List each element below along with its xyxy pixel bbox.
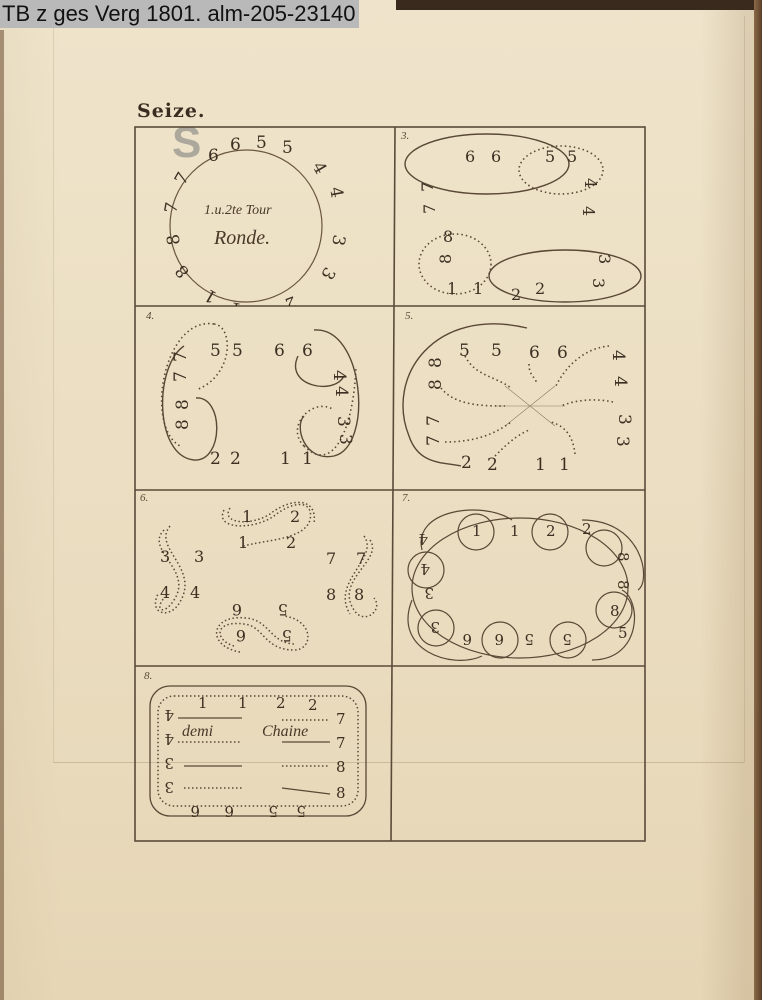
figure-4: 4. 55 66 4 4 3 3 7 7 8	[134, 306, 394, 490]
figure-8-demi-chaine: 8. 11 22 4 4 3 3	[134, 666, 391, 842]
svg-text:2: 2	[286, 533, 296, 552]
svg-text:6: 6	[208, 146, 219, 166]
svg-text:2: 2	[582, 520, 592, 538]
svg-text:8: 8	[336, 784, 346, 802]
svg-text:3: 3	[430, 618, 440, 636]
svg-text:4: 4	[581, 178, 600, 188]
svg-text:1: 1	[473, 279, 483, 298]
page-left-edge	[0, 30, 4, 1000]
figure-tour-ronde: 66 55 4 4 3 3 2 2 1 1 8 8 7 7 1.u.2te To…	[134, 126, 394, 306]
svg-text:6: 6	[462, 630, 472, 648]
svg-text:5: 5	[282, 626, 292, 645]
svg-text:1: 1	[238, 694, 248, 712]
svg-text:8: 8	[614, 580, 632, 590]
svg-text:6: 6	[302, 341, 313, 361]
svg-text:4: 4	[160, 583, 170, 602]
svg-text:1: 1	[447, 279, 457, 298]
svg-text:5: 5	[618, 624, 628, 642]
svg-text:5: 5	[278, 600, 288, 619]
figure-1-caption-line2: Ronde.	[213, 227, 270, 249]
figure-7: 7. 11 22 8 8 85 5 5 6	[392, 490, 645, 666]
svg-text:1: 1	[535, 455, 546, 475]
svg-text:8: 8	[173, 399, 193, 410]
svg-text:6: 6	[232, 600, 242, 619]
svg-text:2: 2	[210, 449, 221, 469]
svg-text:4: 4	[579, 206, 598, 216]
svg-text:5: 5	[232, 341, 243, 361]
svg-text:3: 3	[614, 414, 634, 425]
svg-text:1: 1	[242, 507, 252, 526]
svg-text:3: 3	[164, 754, 174, 772]
svg-text:4: 4	[420, 560, 430, 578]
svg-text:2: 2	[461, 453, 472, 473]
svg-text:7: 7	[336, 710, 346, 728]
svg-text:8: 8	[336, 758, 346, 776]
figure-8-caption-left: demi	[182, 723, 213, 740]
svg-text:7: 7	[171, 169, 194, 188]
svg-text:7: 7	[171, 351, 191, 362]
svg-text:4: 4	[331, 386, 351, 397]
svg-text:3: 3	[164, 778, 174, 796]
figure-1-caption-line1: 1.u.2te Tour	[204, 203, 272, 218]
svg-text:3: 3	[160, 547, 170, 566]
empty-cell	[391, 666, 645, 842]
svg-text:1: 1	[302, 449, 313, 469]
svg-text:8: 8	[443, 227, 453, 246]
svg-text:5: 5	[282, 138, 293, 158]
svg-text:2: 2	[511, 285, 521, 304]
svg-text:6: 6	[274, 341, 285, 361]
svg-text:2: 2	[230, 449, 241, 469]
svg-text:6: 6	[494, 630, 504, 648]
svg-text:3: 3	[589, 278, 608, 288]
svg-text:4: 4	[325, 185, 347, 199]
svg-text:6: 6	[224, 802, 234, 820]
svg-text:4: 4	[190, 583, 200, 602]
svg-text:3: 3	[424, 584, 434, 602]
svg-text:5: 5	[459, 341, 470, 361]
svg-text:4: 4	[418, 530, 428, 548]
svg-text:7: 7	[424, 435, 444, 446]
svg-text:3: 3	[194, 547, 204, 566]
figure-grid: 66 55 4 4 3 3 2 2 1 1 8 8 7 7 1.u.2te To…	[134, 126, 646, 842]
svg-text:6: 6	[491, 147, 501, 166]
svg-text:3: 3	[595, 254, 614, 264]
svg-text:3: 3	[612, 436, 632, 447]
svg-text:6: 6	[529, 343, 540, 363]
svg-text:8: 8	[426, 357, 446, 368]
svg-text:1: 1	[229, 297, 243, 306]
svg-text:4: 4	[164, 706, 174, 724]
svg-text:6: 6	[190, 802, 200, 820]
svg-text:5: 5	[256, 133, 267, 153]
svg-text:5: 5	[567, 147, 577, 166]
svg-text:2: 2	[276, 694, 286, 712]
figure-4-diagram: 55 66 4 4 3 3 7 7 8 8 22 11	[134, 306, 394, 490]
figure-6-diagram: 12 12 33 44 77 88 6 5 6 5	[134, 490, 392, 666]
figure-1-diagram: 66 55 4 4 3 3 2 2 1 1 8 8 7 7 1.u.2te To…	[134, 126, 394, 306]
svg-text:3: 3	[333, 416, 353, 427]
figure-7-diagram: 11 22 8 8 85 5 5 6 6 3 3 4 4	[392, 490, 645, 666]
figure-5-diagram: 55 66 4 4 3 3 8 8 7 7 22 11	[395, 306, 645, 490]
svg-text:2: 2	[546, 522, 556, 540]
svg-text:7: 7	[336, 734, 346, 752]
svg-text:1: 1	[559, 455, 570, 475]
svg-text:8: 8	[426, 379, 446, 390]
svg-text:4: 4	[164, 730, 174, 748]
svg-text:5: 5	[562, 630, 572, 648]
svg-text:8: 8	[354, 585, 364, 604]
svg-text:8: 8	[326, 585, 336, 604]
figure-6: 6. 12 12 33 44 77 88 6 5 6	[134, 490, 392, 666]
svg-text:4: 4	[329, 370, 349, 381]
svg-text:1: 1	[280, 449, 291, 469]
book-binding-top	[396, 0, 762, 10]
svg-text:2: 2	[535, 279, 545, 298]
svg-text:3: 3	[316, 264, 339, 283]
figure-5: 5. 55 66 4 4 3	[395, 306, 645, 490]
svg-text:1: 1	[472, 522, 482, 540]
svg-text:8: 8	[610, 602, 620, 620]
svg-text:7: 7	[161, 201, 183, 215]
catalog-label: TB z ges Verg 1801. alm-205-23140	[0, 0, 359, 28]
svg-text:6: 6	[557, 343, 568, 363]
svg-text:7: 7	[424, 415, 444, 426]
svg-text:7: 7	[171, 371, 191, 382]
svg-text:1: 1	[201, 284, 220, 306]
svg-text:8: 8	[436, 254, 455, 264]
svg-text:6: 6	[236, 626, 246, 645]
svg-text:5: 5	[210, 341, 221, 361]
svg-text:2: 2	[308, 696, 318, 714]
svg-text:6: 6	[230, 135, 241, 155]
svg-text:5: 5	[524, 630, 534, 648]
svg-text:3: 3	[327, 233, 349, 247]
svg-text:7: 7	[356, 549, 366, 568]
svg-text:7: 7	[418, 182, 437, 192]
book-binding-right	[754, 0, 762, 1000]
figure-3-diagram: 66 55 4 4 7 7 88 11 22 3 3	[395, 126, 645, 306]
figure-8-diagram: 11 22 4 4 3 3 77 88 6 6 5 5 demi Chaine	[134, 666, 391, 842]
svg-text:1: 1	[510, 522, 520, 540]
svg-text:5: 5	[491, 341, 502, 361]
svg-text:8: 8	[614, 552, 632, 562]
figure-3: 3. 66 55 4 4 7 7 88 11 22 3 3	[395, 126, 645, 306]
svg-text:6: 6	[465, 147, 475, 166]
svg-text:7: 7	[420, 204, 439, 214]
svg-text:2: 2	[282, 291, 299, 306]
figure-8-caption-right: Chaine	[262, 723, 308, 740]
svg-text:1: 1	[238, 533, 248, 552]
svg-text:1: 1	[198, 694, 208, 712]
svg-text:5: 5	[268, 802, 278, 820]
svg-text:4: 4	[610, 376, 630, 387]
svg-text:3: 3	[335, 434, 355, 445]
svg-text:5: 5	[545, 147, 555, 166]
svg-text:7: 7	[326, 549, 336, 568]
svg-text:2: 2	[487, 455, 498, 475]
svg-text:4: 4	[308, 159, 331, 178]
svg-text:2: 2	[290, 507, 300, 526]
svg-text:8: 8	[173, 419, 193, 430]
svg-text:8: 8	[163, 232, 185, 246]
svg-text:4: 4	[608, 350, 628, 361]
svg-text:5: 5	[296, 802, 306, 820]
